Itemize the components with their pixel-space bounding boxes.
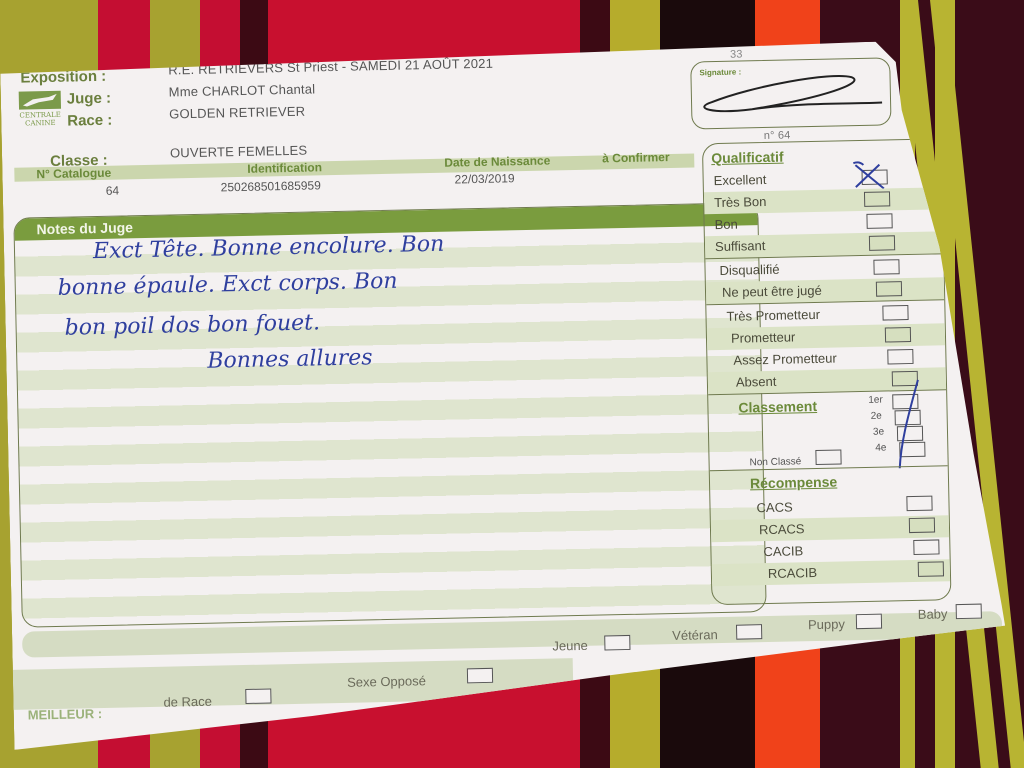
- qualificatif-panel: Qualificatif Excellent Très Bon Bon Suff…: [702, 138, 952, 605]
- identification-value: 250268501685959: [221, 178, 321, 194]
- checkbox-cacib[interactable]: [913, 539, 939, 555]
- recompense-title: Récompense: [750, 474, 837, 492]
- meilleur-label: MEILLEUR :: [28, 706, 103, 723]
- option-label: Puppy: [808, 616, 845, 632]
- classement-title: Classement: [738, 398, 817, 416]
- handwritten-line: bonne épaule. Exct corps. Bon: [58, 269, 398, 301]
- juge-label: Juge :: [67, 90, 112, 108]
- exposition-label: Exposition :: [20, 68, 106, 87]
- checkbox-disqualifie[interactable]: [873, 259, 899, 275]
- rank-label: 4e: [875, 443, 886, 454]
- identification-label: Identification: [247, 160, 322, 176]
- checkbox-non-classe[interactable]: [815, 449, 841, 465]
- non-classe-label: Non Classé: [749, 456, 801, 468]
- recompense-label: RCACIB: [768, 565, 817, 581]
- qualificatif-label: Ne peut être jugé: [722, 283, 822, 300]
- option-label: Baby: [918, 606, 948, 622]
- rank-label: 3e: [873, 427, 884, 438]
- signature-box: Signature :: [690, 57, 891, 129]
- checkbox-cacs[interactable]: [906, 496, 932, 512]
- option-label: Sexe Opposé: [347, 673, 426, 690]
- checkbox-veteran[interactable]: [736, 624, 762, 640]
- recompense-label: RCACS: [759, 521, 805, 537]
- qualificatif-label: Bon: [714, 217, 737, 232]
- catalogue-label: N° Catalogue: [36, 166, 111, 182]
- judge-notes-panel: Notes du Juge Exct Tête. Bonne encolure.…: [13, 202, 766, 628]
- checkbox-suffisant[interactable]: [869, 235, 895, 251]
- info-band: [14, 153, 694, 181]
- logo-text: CENTRALE CANINE: [17, 111, 63, 128]
- rank-label: 2e: [871, 411, 882, 422]
- checkbox-bon[interactable]: [866, 213, 892, 229]
- recompense-row-rcacib[interactable]: RCACIB: [712, 559, 950, 586]
- option-label: Jeune: [552, 638, 588, 654]
- option-label: Vétéran: [672, 627, 718, 643]
- checkbox-rcacib[interactable]: [918, 561, 944, 577]
- checkbox-puppy[interactable]: [856, 614, 882, 630]
- checkbox-rcacs[interactable]: [909, 518, 935, 534]
- checkbox-sexe-oppose[interactable]: [467, 668, 493, 684]
- qualificatif-label: Prometteur: [731, 329, 796, 345]
- signature-scribble-icon: [691, 58, 892, 130]
- centrale-canine-logo-icon: [19, 91, 61, 110]
- classe-value: OUVERTE FEMELLES: [170, 143, 308, 161]
- birthdate-value: 22/03/2019: [454, 171, 514, 186]
- checkbox-tres-prometteur[interactable]: [882, 305, 908, 321]
- qualificatif-label: Très Bon: [714, 194, 767, 210]
- handwritten-line: Bonnes allures: [207, 345, 373, 373]
- qualificatif-title: Qualificatif: [711, 149, 784, 167]
- juge-value: Mme CHARLOT Chantal: [169, 81, 316, 99]
- signature-number: n° 64: [764, 129, 791, 142]
- recompense-label: CACS: [756, 499, 792, 515]
- qualificatif-label: Très Prometteur: [726, 307, 820, 324]
- pen-stroke-icon: [888, 378, 930, 479]
- birthdate-label: Date de Naissance: [444, 153, 550, 169]
- qualificatif-label: Assez Prometteur: [733, 351, 837, 368]
- qualificatif-label: Suffisant: [715, 238, 766, 254]
- catalogue-value: 64: [106, 184, 120, 198]
- checkbox-jeune[interactable]: [604, 635, 630, 651]
- checkbox-assez-prometteur[interactable]: [887, 349, 913, 365]
- qualificatif-label: Excellent: [714, 172, 767, 188]
- checkbox-de-race[interactable]: [245, 688, 271, 704]
- checkbox-tres-bon[interactable]: [864, 191, 890, 207]
- option-label: de Race: [163, 694, 212, 710]
- page-number: 33: [730, 48, 743, 60]
- checkbox-ne-peut-etre-juge[interactable]: [876, 281, 902, 297]
- notes-title: Notes du Juge: [36, 219, 133, 237]
- rank-label: 1er: [868, 395, 883, 406]
- exposition-value: R.E. RETRIEVERS St Priest - SAMEDI 21 AO…: [168, 56, 493, 78]
- confirm-label: à Confirmer: [602, 150, 670, 165]
- race-label: Race :: [67, 112, 112, 130]
- checkbox-baby[interactable]: [956, 604, 982, 620]
- handwritten-line: bon poil dos bon fouet.: [64, 310, 320, 340]
- qualificatif-label: Absent: [736, 374, 777, 390]
- race-value: GOLDEN RETRIEVER: [169, 104, 305, 122]
- logo-text-line2: CANINE: [17, 119, 63, 128]
- qualificatif-label: Disqualifié: [719, 262, 779, 278]
- recompense-label: CACIB: [763, 543, 803, 559]
- meilleur-band: [13, 658, 574, 710]
- judging-sheet: CENTRALE CANINE Exposition : R.E. RETRIE…: [0, 39, 1009, 750]
- checkbox-prometteur[interactable]: [885, 327, 911, 343]
